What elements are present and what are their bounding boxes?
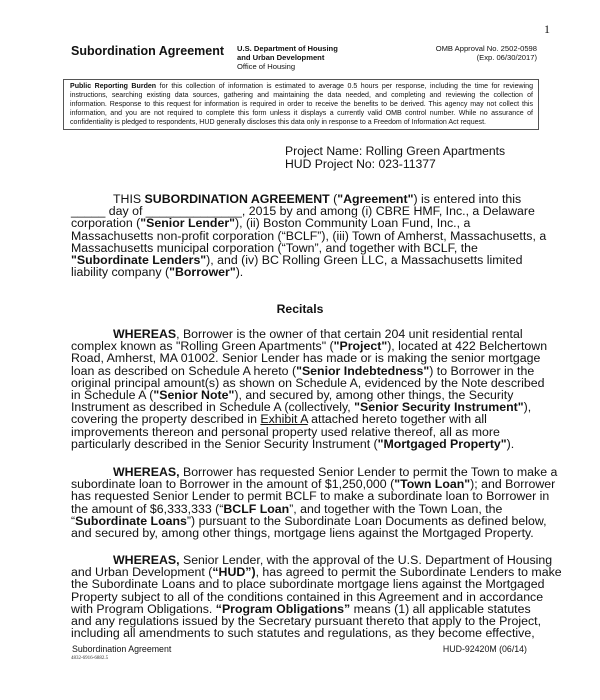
text-run: ).	[507, 437, 515, 451]
recital-paragraph-2: WHEREAS, Borrower has requested Senior L…	[71, 466, 529, 539]
text-run: and secured by, among other things, mort…	[71, 526, 534, 540]
omb-approval-number: OMB Approval No. 2502-0598	[400, 44, 537, 53]
burden-label: Public Reporting Burden	[70, 83, 156, 90]
defined-term: "Mortgaged Property"	[378, 437, 507, 451]
text-run: particularly described in the Senior Sec…	[71, 437, 378, 451]
text-run: including all amendments to such statute…	[71, 626, 535, 640]
omb-approval-block: OMB Approval No. 2502-0598 (Exp. 06/30/2…	[400, 44, 537, 62]
defined-term: "Borrower"	[169, 265, 236, 279]
omb-expiration: (Exp. 06/30/2017)	[400, 53, 537, 62]
footer-form-number: HUD-92420M (06/14)	[400, 644, 527, 654]
paragraph-line: and secured by, among other things, mort…	[71, 527, 529, 539]
paragraph-line: liability company ("Borrower").	[71, 266, 529, 278]
text-run: ), and (iv) BC Rolling Green LLC, a Mass…	[206, 253, 522, 267]
hud-project-number: HUD Project No: 023-11377	[285, 158, 505, 171]
paragraph-line: including all amendments to such statute…	[71, 627, 529, 639]
project-name: Project Name: Rolling Green Apartments	[285, 145, 505, 158]
agency-office: Office of Housing	[237, 62, 338, 71]
footer-document-name: Subordination Agreement	[72, 644, 171, 654]
intro-paragraph: THIS SUBORDINATION AGREEMENT ("Agreement…	[71, 193, 529, 278]
text-run: liability company (	[71, 265, 169, 279]
footer-reference-number: 4832-6916-6882.5	[71, 656, 108, 661]
recitals-heading: Recitals	[0, 302, 600, 316]
agency-name-line-2: and Urban Development	[237, 53, 338, 62]
project-info: Project Name: Rolling Green Apartments H…	[285, 145, 505, 172]
document-title: Subordination Agreement	[71, 44, 224, 58]
public-reporting-burden-box: Public Reporting Burden for this collect…	[63, 79, 539, 130]
recital-paragraph-3: WHEREAS, Senior Lender, with the approva…	[71, 554, 529, 639]
paragraph-line: particularly described in the Senior Sec…	[71, 438, 529, 450]
agency-block: U.S. Department of Housing and Urban Dev…	[237, 44, 338, 72]
agency-name-line-1: U.S. Department of Housing	[237, 44, 338, 53]
text-run: ).	[236, 265, 244, 279]
text-run: ),	[524, 400, 532, 414]
recital-paragraph-1: WHEREAS, Borrower is the owner of that c…	[71, 328, 529, 450]
page-number: 1	[544, 22, 550, 37]
